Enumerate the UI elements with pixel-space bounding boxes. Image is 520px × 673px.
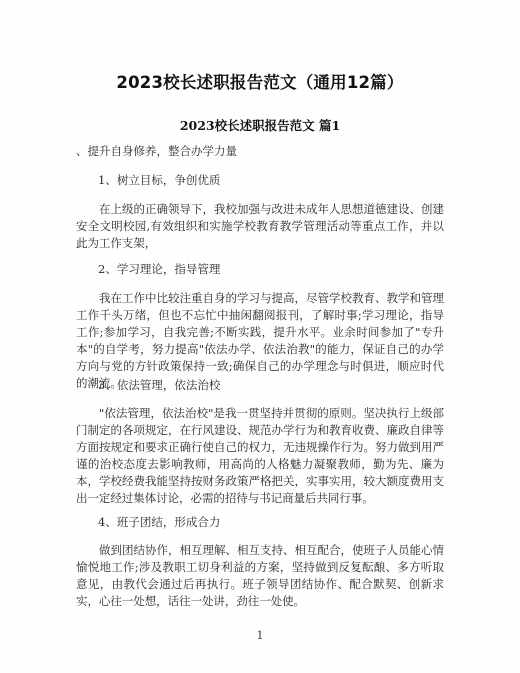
- document-subtitle: 2023校长述职报告范文 篇1: [0, 117, 520, 134]
- section-heading-1: 1、树立目标，争创优质: [98, 172, 220, 189]
- section-paragraph-3: "依法管理，依法治校"是我一贯坚持并贯彻的原则。坚决执行上级部门制定的各项规定，…: [76, 405, 444, 507]
- section-heading-2: 2、学习理论，指导管理: [98, 261, 220, 278]
- document-page: 2023校长述职报告范文（通用12篇） 2023校长述职报告范文 篇1 、提升自…: [0, 0, 520, 673]
- section-heading-4: 4、班子团结，形成合力: [98, 514, 220, 531]
- section-paragraph-1: 在上级的正确领导下，我校加强与改进未成年人思想道德建设、创建安全文明校园,有效组…: [76, 201, 444, 252]
- document-title: 2023校长述职报告范文（通用12篇）: [0, 72, 520, 94]
- section-paragraph-4: 做到团结协作，相互理解、相互支持、相互配合，使班子人员能心情愉悦地工作;涉及教职…: [76, 542, 444, 610]
- section-heading-3: 3、依法管理，依法治校: [98, 377, 220, 394]
- page-number: 1: [0, 628, 520, 644]
- section-heading-main: 、提升自身修养，整合办学力量: [76, 143, 237, 160]
